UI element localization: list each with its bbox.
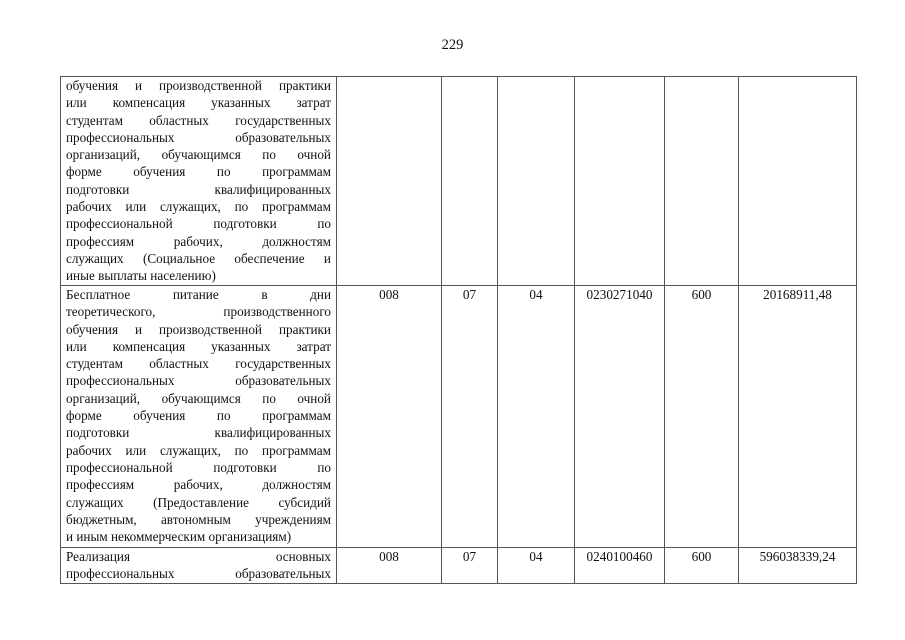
description-line: профессиональныхобразовательных <box>66 565 331 582</box>
cell-subsection <box>498 77 575 286</box>
cell-section: 07 <box>442 548 498 584</box>
description-line: теоретического,производственного <box>66 303 331 320</box>
cell-amount: 20168911,48 <box>739 286 857 548</box>
description-line: рабочихилислужащих,попрограммам <box>66 198 331 215</box>
description-line: профессиональныхобразовательных <box>66 372 331 389</box>
row-description: Реализацияосновныхпрофессиональныхобразо… <box>61 548 337 584</box>
description-line: Реализацияосновных <box>66 548 331 565</box>
description-line: обученияипроизводственнойпрактики <box>66 77 331 94</box>
description-line: организаций,обучающимсяпоочной <box>66 390 331 407</box>
description-line: организаций,обучающимсяпоочной <box>66 146 331 163</box>
cell-subsection: 04 <box>498 548 575 584</box>
cell-ministry <box>337 77 442 286</box>
description-line: Бесплатноепитаниевдни <box>66 286 331 303</box>
description-line: студентамобластныхгосударственных <box>66 355 331 372</box>
description-line: и иным некоммерческим организациям) <box>66 528 331 545</box>
description-line: подготовкиквалифицированных <box>66 424 331 441</box>
table-row: Реализацияосновныхпрофессиональныхобразо… <box>61 548 857 584</box>
cell-expense-type: 600 <box>665 548 739 584</box>
description-line: профессиямрабочих,должностям <box>66 476 331 493</box>
description-line: профессиямрабочих,должностям <box>66 233 331 250</box>
cell-target-article: 0230271040 <box>575 286 665 548</box>
description-line: формеобученияпопрограммам <box>66 163 331 180</box>
row-description: Бесплатноепитаниевднитеоретического,прои… <box>61 286 337 548</box>
row-description: обученияипроизводственнойпрактикииликомп… <box>61 77 337 286</box>
table-row: Бесплатноепитаниевднитеоретического,прои… <box>61 286 857 548</box>
description-line: бюджетным,автономнымучреждениям <box>66 511 331 528</box>
cell-subsection: 04 <box>498 286 575 548</box>
cell-expense-type <box>665 77 739 286</box>
cell-target-article <box>575 77 665 286</box>
description-line: формеобученияпопрограммам <box>66 407 331 424</box>
description-line: профессиональнойподготовкипо <box>66 215 331 232</box>
description-line: иные выплаты населению) <box>66 267 331 284</box>
cell-amount: 596038339,24 <box>739 548 857 584</box>
cell-section: 07 <box>442 286 498 548</box>
cell-ministry: 008 <box>337 286 442 548</box>
cell-expense-type: 600 <box>665 286 739 548</box>
description-line: рабочихилислужащих,попрограммам <box>66 442 331 459</box>
cell-section <box>442 77 498 286</box>
cell-amount <box>739 77 857 286</box>
description-line: подготовкиквалифицированных <box>66 181 331 198</box>
cell-ministry: 008 <box>337 548 442 584</box>
description-line: студентамобластныхгосударственных <box>66 112 331 129</box>
table-row: обученияипроизводственнойпрактикииликомп… <box>61 77 857 286</box>
budget-table: обученияипроизводственнойпрактикииликомп… <box>60 76 857 584</box>
description-line: иликомпенсацияуказанныхзатрат <box>66 94 331 111</box>
description-line: профессиональнойподготовкипо <box>66 459 331 476</box>
page-number: 229 <box>0 37 905 54</box>
cell-target-article: 0240100460 <box>575 548 665 584</box>
description-line: иликомпенсацияуказанныхзатрат <box>66 338 331 355</box>
description-line: профессиональныхобразовательных <box>66 129 331 146</box>
description-line: служащих(Социальноеобеспечениеи <box>66 250 331 267</box>
description-line: служащих(Предоставлениесубсидий <box>66 494 331 511</box>
description-line: обученияипроизводственнойпрактики <box>66 321 331 338</box>
